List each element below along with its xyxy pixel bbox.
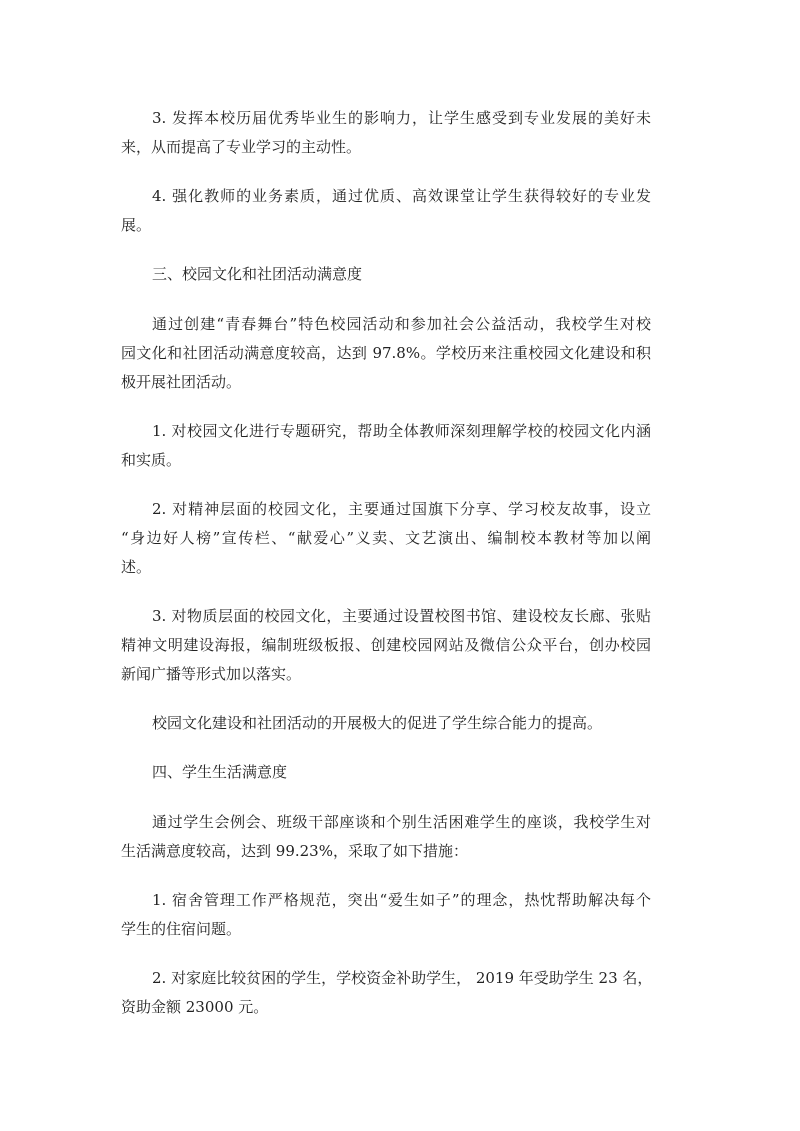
document-page: 3. 发挥本校历届优秀毕业生的影响力，让学生感受到专业发展的美好未 来，从而提高… (121, 104, 651, 1042)
heading-text: 四、学生生活满意度 (121, 758, 651, 787)
body-paragraph-summary: 校园文化建设和社团活动的开展极大的促进了学生综合能力的提高。 (121, 709, 651, 738)
list-item-3-material: 3. 对物质层面的校园文化，主要通过设置校图书馆、建设校友长廊、张贴 精神文明建… (121, 602, 651, 689)
list-item-3-graduates: 3. 发挥本校历届优秀毕业生的影响力，让学生感受到专业发展的美好未 来，从而提高… (121, 104, 651, 162)
text-line: 新闻广播等形式加以落实。 (121, 660, 651, 689)
text-line: “身边好人榜”宣传栏、“献爱心”义卖、文艺演出、编制校本教材等加以阐 (121, 524, 651, 553)
text-line: 园文化和社团活动满意度较高，达到 97.8%。学校历来注重校园文化建设和积 (121, 339, 651, 368)
section-heading-campus-culture: 三、校园文化和社团活动满意度 (121, 260, 651, 289)
text-line: 资助金额 23000 元。 (121, 993, 651, 1022)
text-line: 展。 (121, 211, 651, 240)
text-line: 校园文化建设和社团活动的开展极大的促进了学生综合能力的提高。 (121, 709, 651, 738)
text-line: 生活满意度较高，达到 99.23%，采取了如下措施： (121, 837, 651, 866)
text-line: 来，从而提高了专业学习的主动性。 (121, 133, 651, 162)
text-line: 学生的住宿问题。 (121, 915, 651, 944)
text-line: 极开展社团活动。 (121, 368, 651, 397)
text-line: 2. 对家庭比较贫困的学生，学校资金补助学生， 2019 年受助学生 23 名， (121, 964, 651, 993)
list-item-4-teachers: 4. 强化教师的业务素质，通过优质、高效课堂让学生获得较好的专业发 展。 (121, 182, 651, 240)
text-line: 述。 (121, 553, 651, 582)
heading-text: 三、校园文化和社团活动满意度 (121, 260, 651, 289)
list-item-1-research: 1. 对校园文化进行专题研究，帮助全体教师深刻理解学校的校园文化内涵 和实质。 (121, 417, 651, 475)
text-line: 通过学生会例会、班级干部座谈和个别生活困难学生的座谈，我校学生对 (121, 808, 651, 837)
text-line: 3. 对物质层面的校园文化，主要通过设置校图书馆、建设校友长廊、张贴 (121, 602, 651, 631)
text-line: 3. 发挥本校历届优秀毕业生的影响力，让学生感受到专业发展的美好未 (121, 104, 651, 133)
list-item-1-dormitory: 1. 宿舍管理工作严格规范，突出“爱生如子”的理念，热忱帮助解决每个 学生的住宿… (121, 886, 651, 944)
text-line: 2. 对精神层面的校园文化，主要通过国旗下分享、学习校友故事，设立 (121, 495, 651, 524)
text-line: 1. 宿舍管理工作严格规范，突出“爱生如子”的理念，热忱帮助解决每个 (121, 886, 651, 915)
text-line: 1. 对校园文化进行专题研究，帮助全体教师深刻理解学校的校园文化内涵 (121, 417, 651, 446)
text-line: 4. 强化教师的业务素质，通过优质、高效课堂让学生获得较好的专业发 (121, 182, 651, 211)
body-paragraph-student-life: 通过学生会例会、班级干部座谈和个别生活困难学生的座谈，我校学生对 生活满意度较高… (121, 808, 651, 866)
text-line: 和实质。 (121, 446, 651, 475)
text-line: 精神文明建设海报，编制班级板报、创建校园网站及微信公众平台，创办校园 (121, 631, 651, 660)
text-line: 通过创建“青春舞台”特色校园活动和参加社会公益活动，我校学生对校 (121, 310, 651, 339)
section-heading-student-life: 四、学生生活满意度 (121, 758, 651, 787)
body-paragraph-campus-culture: 通过创建“青春舞台”特色校园活动和参加社会公益活动，我校学生对校 园文化和社团活… (121, 310, 651, 397)
list-item-2-financial-aid: 2. 对家庭比较贫困的学生，学校资金补助学生， 2019 年受助学生 23 名，… (121, 964, 651, 1022)
list-item-2-spiritual: 2. 对精神层面的校园文化，主要通过国旗下分享、学习校友故事，设立 “身边好人榜… (121, 495, 651, 582)
